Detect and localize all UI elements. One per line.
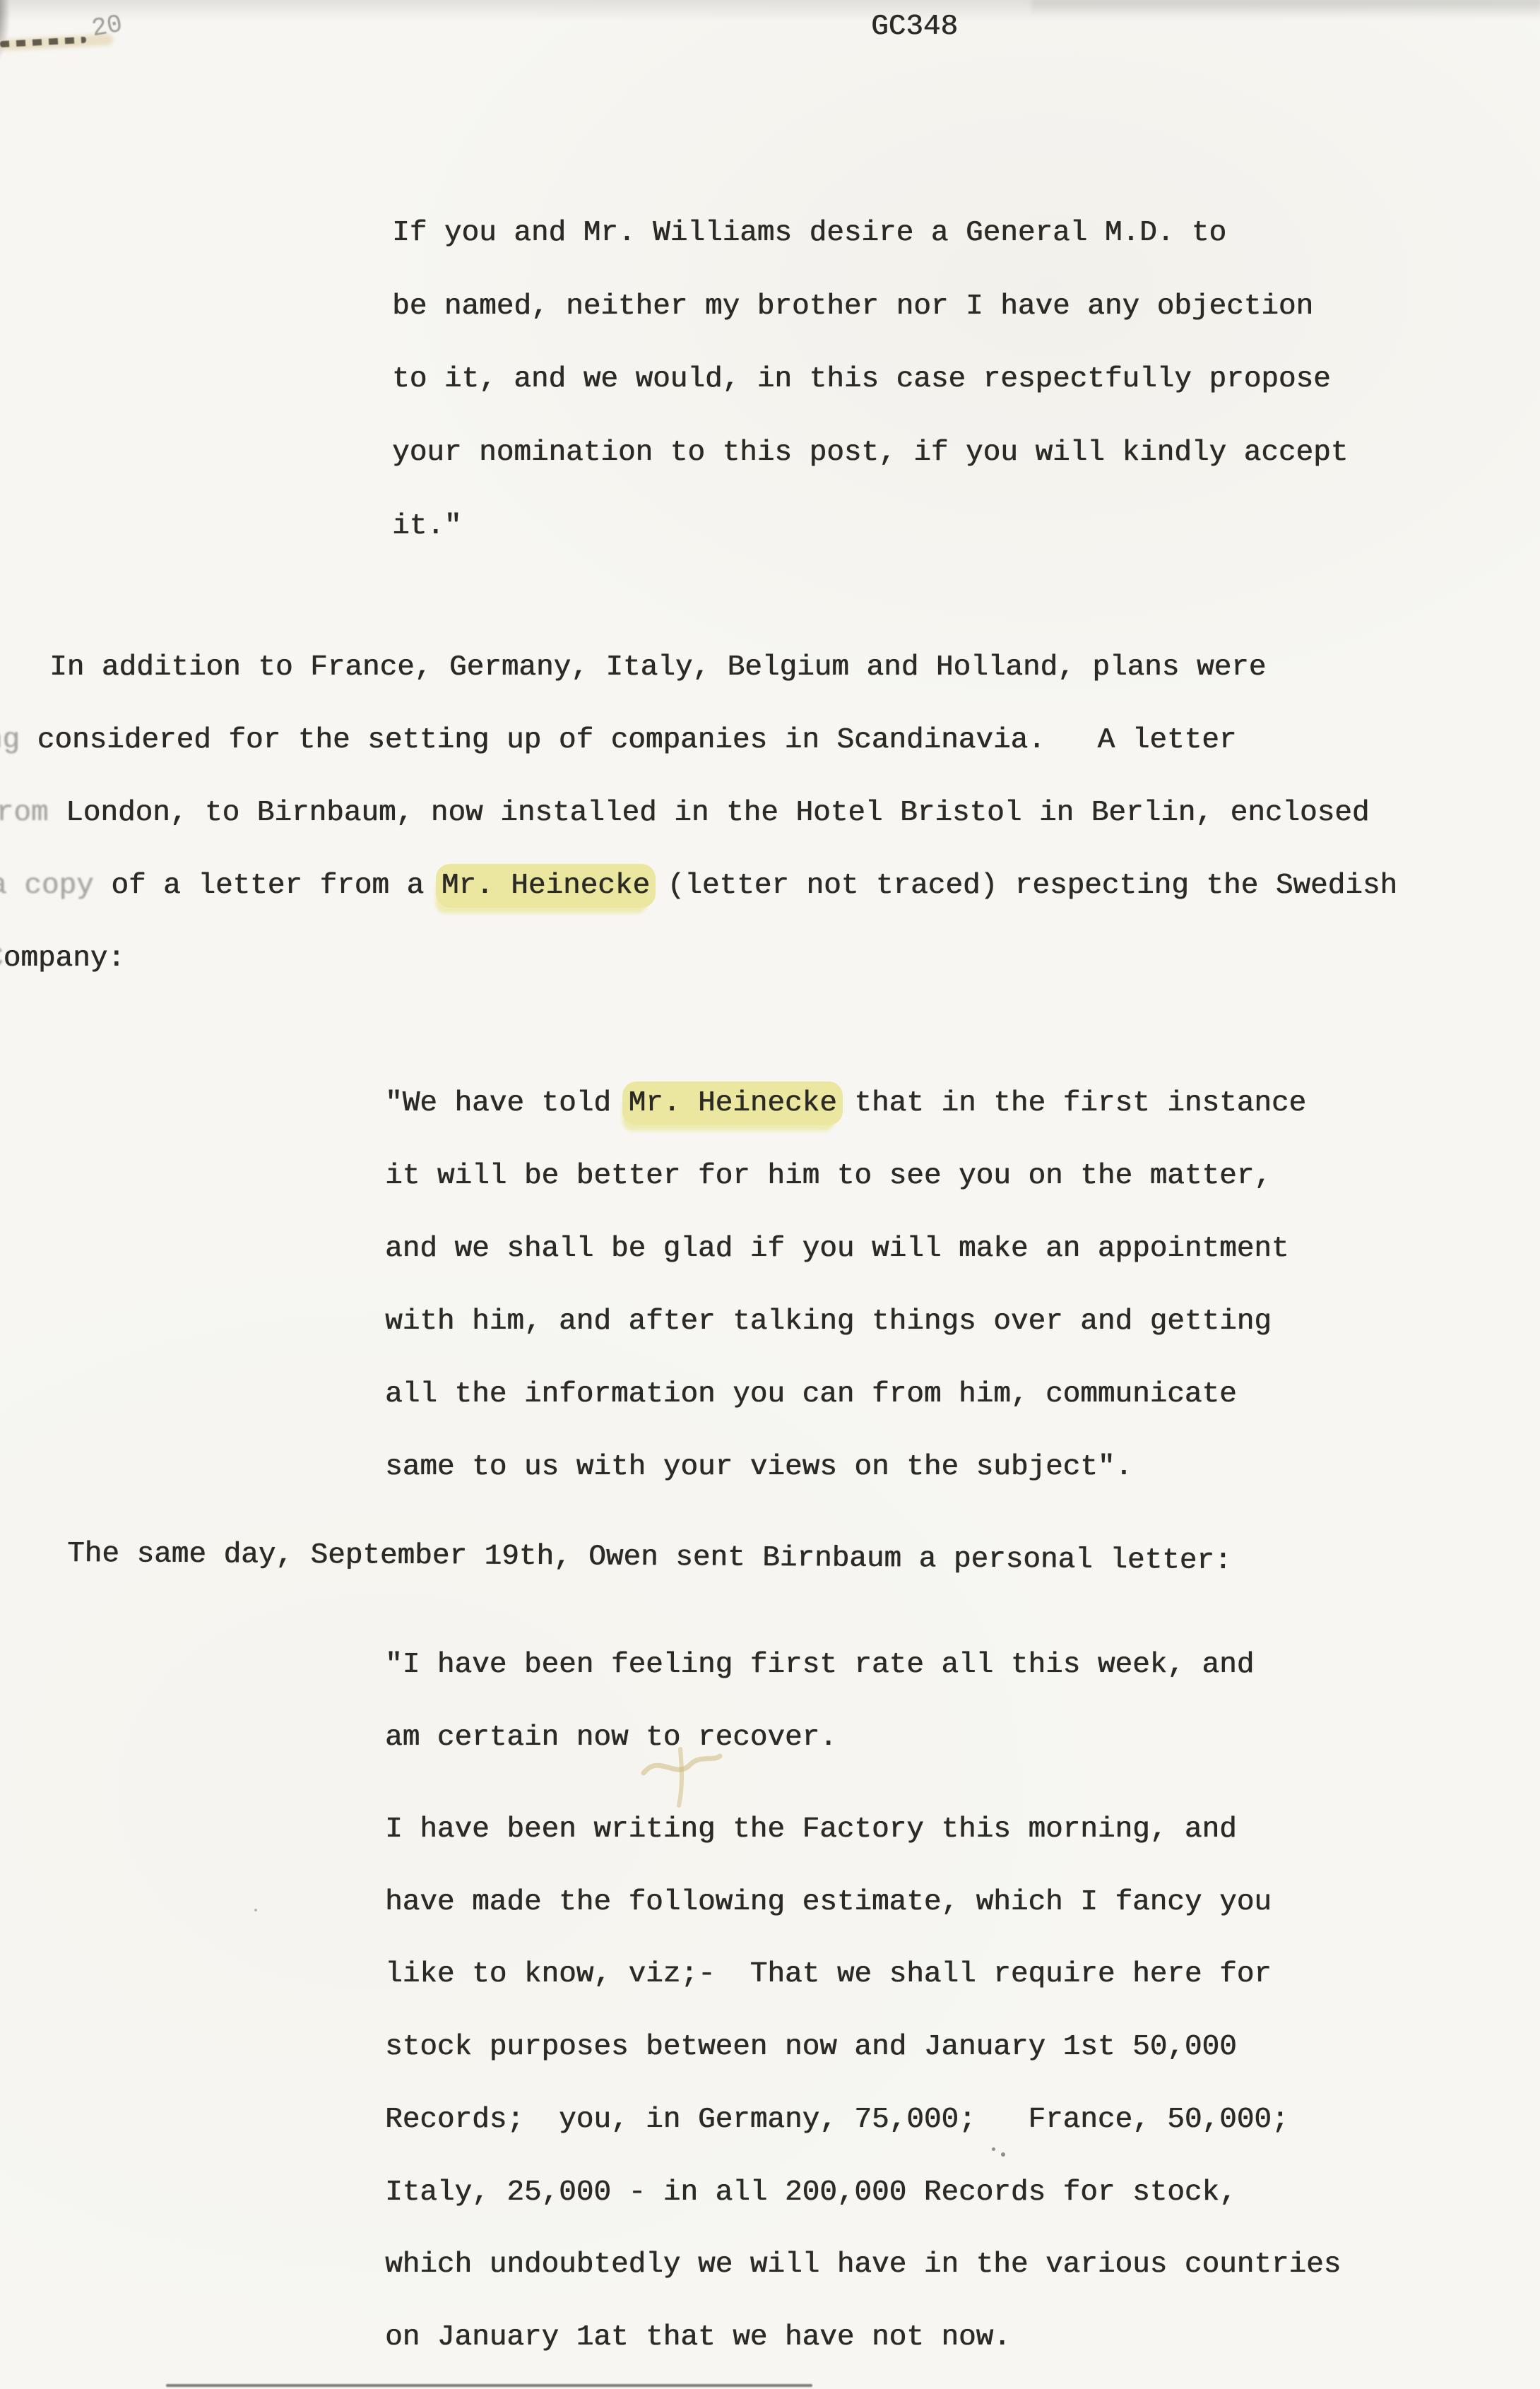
text-line: If you and Mr. Williams desire a General…	[392, 216, 1226, 250]
scan-shadow-top	[0, 0, 1540, 21]
text-line: I have been writing the Factory this mor…	[385, 1813, 1237, 1846]
text-line: being considered for the setting up of c…	[0, 723, 1236, 757]
text-line: "I have been feeling first rate all this…	[385, 1648, 1254, 1682]
text-line: In addition to France, Germany, Italy, B…	[49, 651, 1266, 684]
faded-word: from	[0, 797, 48, 829]
page-reference-code: GC348	[871, 10, 958, 44]
text-line: be named, neither my brother nor I have …	[392, 290, 1313, 324]
text-line: Italy, 25,000 - in all 200,000 Records f…	[385, 2176, 1237, 2210]
text-line: Records; you, in Germany, 75,000; France…	[385, 2103, 1289, 2137]
faded-word: being	[0, 724, 20, 757]
text-line: from London, to Birnbaum, now installed …	[0, 796, 1369, 830]
yellow-highlight: Mr. Heinecke	[442, 870, 650, 902]
text-line: The same day, September 19th, Owen sent …	[67, 1537, 1232, 1578]
text-line: on January 1at that we have not now.	[385, 2320, 1011, 2354]
pencil-note: 20	[90, 11, 125, 44]
yellow-highlight: Mr. Heinecke	[628, 1087, 836, 1120]
text-line: same to us with your views on the subjec…	[385, 1450, 1132, 1484]
text-line: stock purposes between now and January 1…	[385, 2030, 1237, 2064]
text-line: and we shall be glad if you will make an…	[385, 1232, 1289, 1266]
text-line: a copy of a letter from a Mr. Heinecke (…	[0, 869, 1397, 903]
text-line: which undoubtedly we will have in the va…	[385, 2248, 1341, 2282]
text-line: am certain now to recover.	[385, 1721, 837, 1755]
scan-shadow-top-right	[1031, 0, 1540, 16]
text-line: it will be better for him to see you on …	[385, 1159, 1272, 1193]
text-line: your nomination to this post, if you wil…	[392, 436, 1348, 470]
ink-smudge	[639, 1743, 724, 1814]
text-line: to it, and we would, in this case respec…	[392, 362, 1331, 396]
faded-word: a copy	[0, 870, 94, 902]
page-corner-smudge	[0, 0, 37, 113]
text-line: Company:	[0, 942, 125, 976]
text-line: like to know, viz;- That we shall requir…	[385, 1957, 1272, 1991]
stray-mark	[254, 1909, 257, 1911]
scan-edge-bottom	[166, 2384, 812, 2387]
faded-word: C	[0, 942, 4, 975]
stray-mark	[992, 2147, 995, 2151]
stray-mark	[1001, 2152, 1005, 2157]
text-line: all the information you can from him, co…	[385, 1377, 1237, 1411]
text-line: with him, and after talking things over …	[385, 1305, 1272, 1339]
text-line: have made the following estimate, which …	[385, 1885, 1272, 1919]
text-line: "We have told Mr. Heinecke that in the f…	[385, 1086, 1306, 1120]
text-line: it."	[392, 509, 461, 543]
scanned-letter-page: 20 GC348 If you and Mr. Williams desire …	[0, 0, 1540, 2389]
